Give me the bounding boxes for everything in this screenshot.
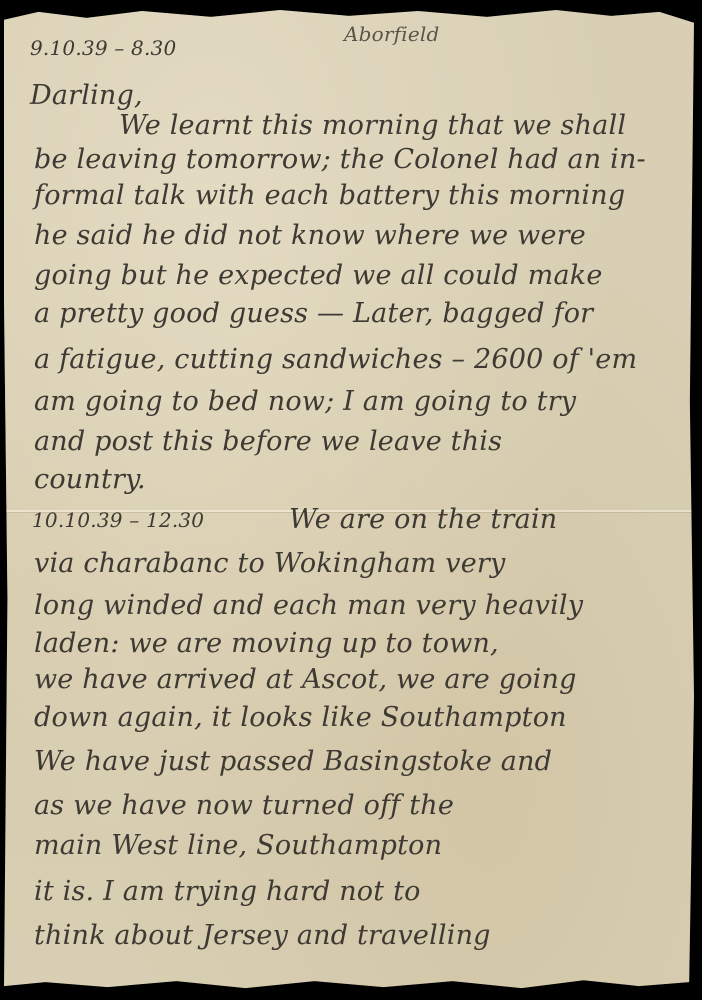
salutation: Darling, (30, 80, 143, 111)
letter-line: laden: we are moving up to town, (34, 628, 499, 659)
letter-line: We learnt this morning that we shall (119, 110, 626, 141)
letter-line: We are on the train (289, 504, 557, 535)
letter-line: we have arrived at Ascot, we are going (34, 664, 577, 695)
letter-line: down again, it looks like Southampton (34, 702, 567, 733)
letter-page: Aborfield 9.10.39 – 8.30 Darling, We lea… (4, 8, 694, 992)
letter-line: he said he did not know where we were (34, 220, 586, 251)
entry1-date: 9.10.39 – 8.30 (30, 36, 176, 60)
letter-line: and post this before we leave this (34, 426, 502, 457)
letter-line: formal talk with each battery this morni… (34, 180, 625, 211)
letter-line: think about Jersey and travelling (34, 920, 491, 951)
letter-line: country. (34, 464, 146, 495)
letter-line: long winded and each man very heavily (34, 590, 583, 621)
letter-line: a fatigue, cutting sandwiches – 2600 of … (34, 344, 637, 375)
letter-line: We have just passed Basingstoke and (34, 746, 552, 777)
letter-line: it is. I am trying hard not to (34, 876, 421, 907)
letter-line: via charabanc to Wokingham very (34, 548, 505, 579)
entry2-date: 10.10.39 – 12.30 (32, 508, 204, 532)
letter-place-heading: Aborfield (344, 22, 439, 46)
letter-line: main West line, Southampton (34, 830, 442, 861)
letter-line: am going to bed now; I am going to try (34, 386, 576, 417)
letter-line: going but he expected we all could make (34, 260, 603, 291)
letter-line: as we have now turned off the (34, 790, 454, 821)
letter-line: be leaving tomorrow; the Colonel had an … (34, 144, 646, 175)
letter-line: a pretty good guess — Later, bagged for (34, 298, 593, 329)
